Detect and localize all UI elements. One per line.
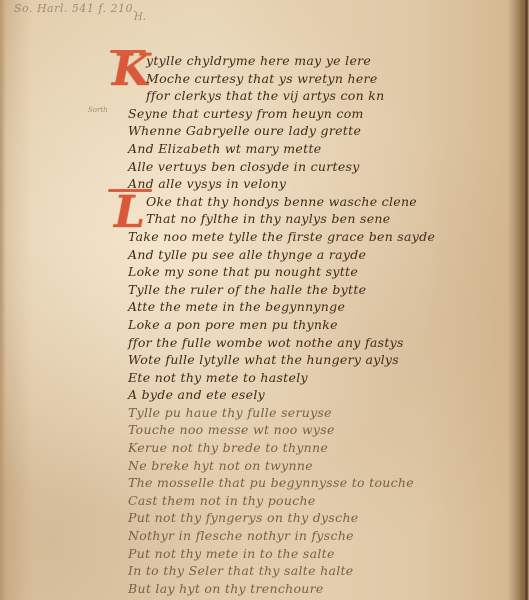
text-line: Seyne that curtesy from heuyn com	[128, 105, 428, 123]
folio-letter: H.	[134, 12, 146, 23]
text-line: Atte the mete in the begynnynge	[128, 298, 428, 316]
text-line: Kerue not thy brede to thynne	[128, 439, 428, 457]
text-line: Put not thy fyngerys on thy dysche	[128, 509, 428, 527]
page-left-edge	[0, 0, 6, 600]
text-line: Cast them not in thy pouche	[128, 492, 428, 510]
text-line: Ete not thy mete to hastely	[128, 369, 428, 387]
text-line: Moche curtesy that ys wretyn here	[128, 70, 428, 88]
text-line: ffor the fulle wombe wot nothe any fasty…	[128, 334, 428, 352]
text-line: Tylle pu haue thy fulle seruyse	[128, 404, 428, 422]
text-line: L Oke that thy hondys benne wasche clene	[128, 193, 428, 211]
text-line: A byde and ete esely	[128, 386, 428, 404]
text-line: ffor clerkys that the vij artys con kn	[128, 87, 428, 105]
shelfmark-annotation: So. Harl. 541 f. 210.	[14, 2, 137, 15]
text-line: Whenne Gabryelle oure lady grette	[128, 122, 428, 140]
text-line: Alle vertuys ben closyde in curtesy	[128, 158, 428, 176]
initial-flourish	[110, 50, 146, 53]
text-line: The mosselle that pu begynnysse to touch…	[128, 474, 428, 492]
text-line: Take noo mete tylle the firste grace ben…	[128, 228, 428, 246]
initial-flourish	[108, 189, 152, 192]
text-line: Wote fulle lytylle what the hungery ayly…	[128, 351, 428, 369]
text-line: Loke my sone that pu nought sytte	[128, 263, 428, 281]
text-line: That no fylthe in thy naylys ben sene	[128, 210, 428, 228]
manuscript-text-block: K ytylle chyldryme here may ye lere Moch…	[128, 52, 428, 597]
text-line: Tylle the ruler of the halle the bytte	[128, 281, 428, 299]
text-line: Put not thy mete in to the salte	[128, 545, 428, 563]
text-line: Ne breke hyt not on twynne	[128, 457, 428, 475]
text-line: But lay hyt on thy trenchoure	[128, 580, 428, 598]
text-line: Nothyr in flesche nothyr in fysche	[128, 527, 428, 545]
manuscript-page: So. Harl. 541 f. 210. H. Sorth K ytylle …	[0, 0, 529, 600]
text-line: Touche noo messe wt noo wyse	[128, 421, 428, 439]
margin-note: Sorth	[88, 106, 108, 114]
text-line: And alle vysys in velony	[128, 175, 428, 193]
text-line: Loke a pon pore men pu thynke	[128, 316, 428, 334]
page-binding-edge	[519, 0, 529, 600]
text-line: And Elizabeth wt mary mette	[128, 140, 428, 158]
text-line: In to thy Seler that thy salte halte	[128, 562, 428, 580]
text-line: K ytylle chyldryme here may ye lere	[128, 52, 428, 70]
text-line: And tylle pu see alle thynge a rayde	[128, 246, 428, 264]
